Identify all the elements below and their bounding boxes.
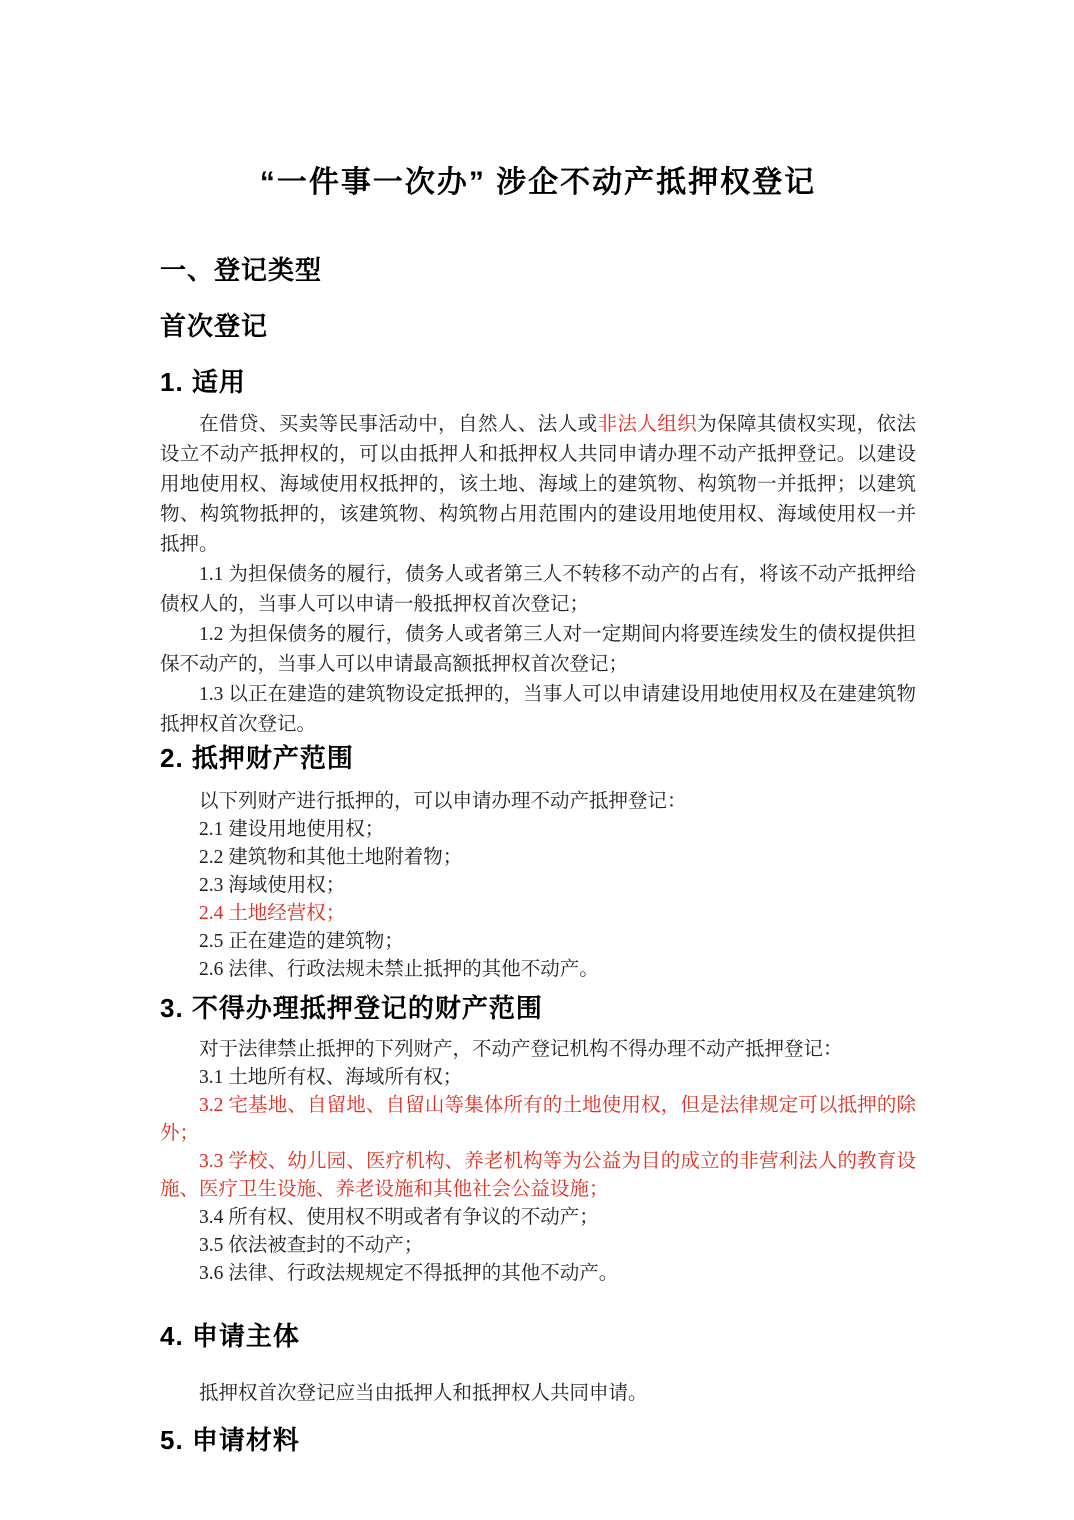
chapter-heading: 一、登记类型 bbox=[160, 256, 916, 284]
document-content: “一件事一次办” 涉企不动产抵押权登记 一、登记类型 首次登记 1. 适用 在借… bbox=[160, 0, 916, 1458]
section-4-heading: 4. 申请主体 bbox=[160, 1318, 916, 1354]
section-2-item-4-highlighted: 2.4 土地经营权； bbox=[160, 900, 916, 928]
clause-1-3: 1.3 以正在建造的建筑物设定抵押的，当事人可以申请建设用地使用权及在建建筑物抵… bbox=[160, 680, 916, 740]
section-1-intro-paragraph: 在借贷、买卖等民事活动中，自然人、法人或非法人组织为保障其债权实现，依法设立不动… bbox=[160, 410, 916, 560]
document-title: “一件事一次办” 涉企不动产抵押权登记 bbox=[160, 163, 916, 203]
section-2-item-3: 2.3 海域使用权； bbox=[160, 872, 916, 900]
section-3-intro: 对于法律禁止抵押的下列财产，不动产登记机构不得办理不动产抵押登记： bbox=[160, 1036, 916, 1064]
section-1-intro-text-pre: 在借贷、买卖等民事活动中，自然人、法人或 bbox=[199, 414, 598, 435]
section-2-intro: 以下列财产进行抵押的，可以申请办理不动产抵押登记： bbox=[160, 788, 916, 816]
section-2-heading: 2. 抵押财产范围 bbox=[160, 740, 916, 776]
section-3-item-1: 3.1 土地所有权、海域所有权； bbox=[160, 1064, 916, 1092]
section-2-item-2: 2.2 建筑物和其他土地附着物； bbox=[160, 844, 916, 872]
section-2-item-6: 2.6 法律、行政法规未禁止抵押的其他不动产。 bbox=[160, 956, 916, 984]
document-page: “一件事一次办” 涉企不动产抵押权登记 一、登记类型 首次登记 1. 适用 在借… bbox=[0, 0, 1074, 1520]
section-3-item-3-highlighted: 3.3 学校、幼儿园、医疗机构、养老机构等为公益为目的成立的非营利法人的教育设施… bbox=[160, 1148, 916, 1204]
section-3-item-4: 3.4 所有权、使用权不明或者有争议的不动产； bbox=[160, 1204, 916, 1232]
section-2-item-1: 2.1 建设用地使用权； bbox=[160, 816, 916, 844]
section-3-heading: 3. 不得办理抵押登记的财产范围 bbox=[160, 990, 916, 1026]
section-3-item-2-highlighted: 3.2 宅基地、自留地、自留山等集体所有的土地使用权，但是法律规定可以抵押的除外… bbox=[160, 1092, 916, 1148]
section-3-item-5: 3.5 依法被查封的不动产； bbox=[160, 1232, 916, 1260]
section-1-intro-text-post: 为保障其债权实现，依法设立不动产抵押权的，可以由抵押人和抵押权人共同申请办理不动… bbox=[160, 414, 916, 555]
section-5-heading: 5. 申请材料 bbox=[160, 1422, 916, 1458]
section-1-heading: 1. 适用 bbox=[160, 368, 916, 396]
subchapter-heading: 首次登记 bbox=[160, 312, 916, 340]
highlight-term-nonlegal-person-org: 非法人组织 bbox=[598, 414, 698, 435]
section-2-item-5: 2.5 正在建造的建筑物； bbox=[160, 928, 916, 956]
clause-1-1: 1.1 为担保债务的履行，债务人或者第三人不转移不动产的占有，将该不动产抵押给债… bbox=[160, 560, 916, 620]
clause-1-2: 1.2 为担保债务的履行，债务人或者第三人对一定期间内将要连续发生的债权提供担保… bbox=[160, 620, 916, 680]
section-3-item-6: 3.6 法律、行政法规规定不得抵押的其他不动产。 bbox=[160, 1260, 916, 1288]
section-4-paragraph: 抵押权首次登记应当由抵押人和抵押权人共同申请。 bbox=[160, 1380, 916, 1408]
